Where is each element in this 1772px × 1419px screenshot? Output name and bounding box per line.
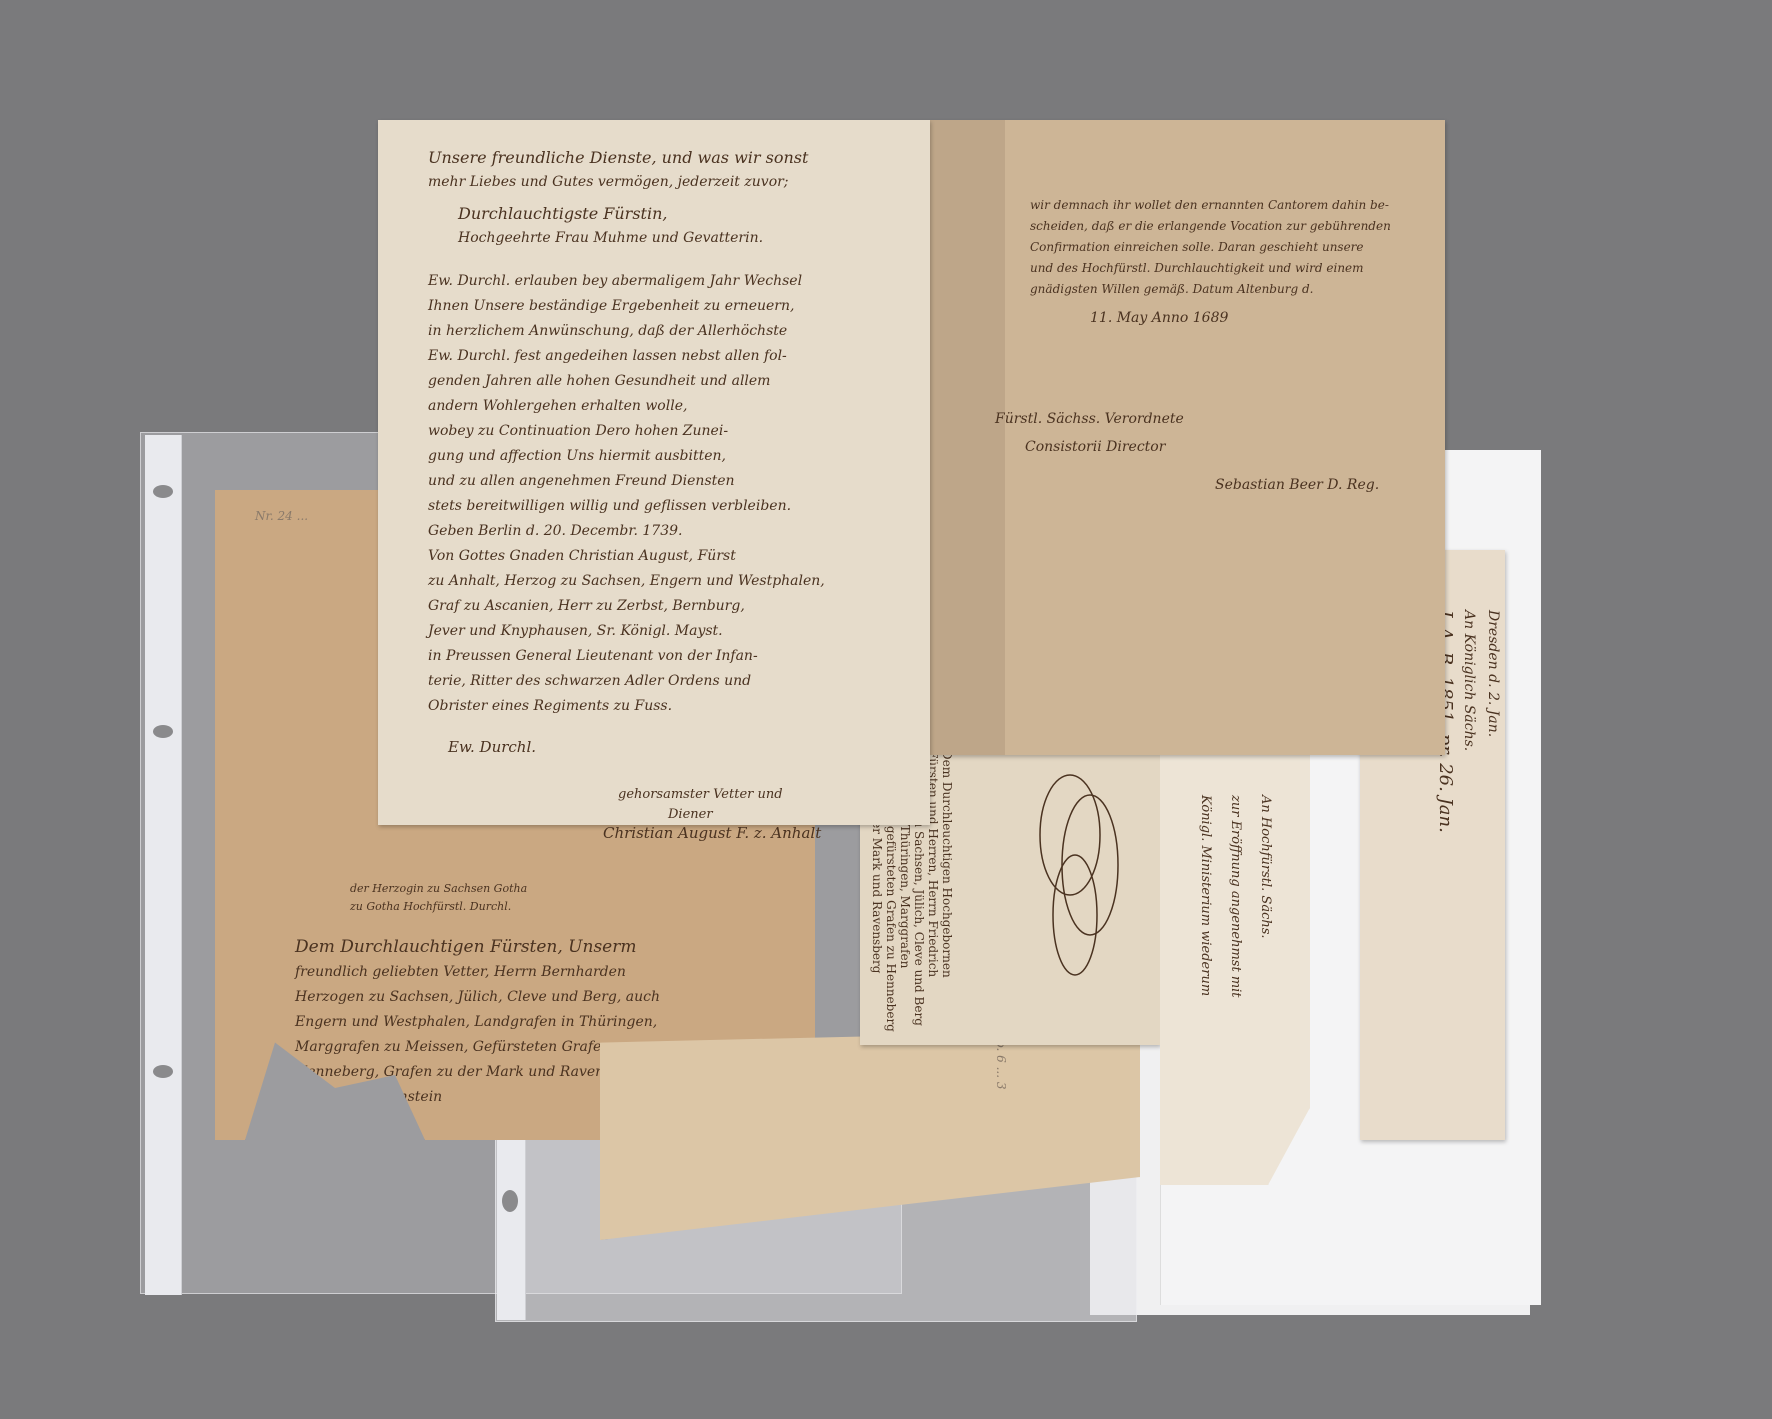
text-line: andern Wohlergehen erhalten wolle, (428, 394, 825, 419)
text-line: und des Hochfürstl. Durchlauchtigkeit un… (1030, 258, 1391, 279)
text-line: Fürstl. Sächss. Verordnete (995, 405, 1379, 433)
text-line: und zu allen angenehmen Freund Diensten (428, 469, 825, 494)
text-line: wir demnach ihr wollet den ernannten Can… (1030, 195, 1391, 216)
text-line: freundlich geliebten Vetter, Herrn Bernh… (295, 960, 660, 985)
punch-hole (153, 1065, 173, 1078)
punch-hole (153, 485, 173, 498)
text-line: Diener (618, 805, 783, 825)
text-line: Hochgeehrte Frau Muhme und Gevatterin. (428, 226, 825, 251)
sleeve-binding-strip (145, 435, 182, 1295)
document-main-letter: Unsere freundliche Dienste, und was wir … (378, 120, 930, 825)
signature: Sebastian Beer D. Reg. (995, 471, 1379, 499)
closing-signature: gehorsamster Vetter und Diener (618, 785, 783, 825)
text-line: An Königlich Sächs. (1457, 610, 1481, 833)
document-right-letter: wir demnach ihr wollet den ernannten Can… (930, 120, 1445, 755)
text-line: zu Gotha Hochfürstl. Durchl. (350, 898, 527, 916)
punch-hole (153, 725, 173, 738)
letter-text: Unsere freundliche Dienste, und was wir … (428, 145, 825, 719)
text-line: gung und affection Uns hiermit ausbitten… (428, 444, 825, 469)
text-line: terie, Ritter des schwarzen Adler Ordens… (428, 669, 825, 694)
text-line: Ew. Durchl. fest angedeihen lassen nebst… (428, 344, 825, 369)
text-line: Herzogen zu Sachsen, Jülich, Cleve und B… (295, 985, 660, 1010)
text-line: Graf zu Ascanien, Herr zu Zerbst, Bernbu… (428, 594, 825, 619)
punch-hole (502, 1190, 518, 1212)
text-line: Obrister eines Regiments zu Fuss. (428, 694, 825, 719)
note-text: An Hochfürstl. Sächs. zur Eröffnung ange… (1190, 795, 1280, 998)
calligraphic-flourish (1020, 755, 1130, 985)
text-line: Ew. Durchl. erlauben bey abermaligem Jah… (428, 269, 825, 294)
text-line: stets bereitwilligen willig und geflisse… (428, 494, 825, 519)
text-line: Königl. Ministerium wiederum (1190, 795, 1220, 998)
text-line: der Herzogin zu Sachsen Gotha (350, 880, 527, 898)
text-line: Dresden d. 2. Jan. (1481, 610, 1505, 833)
fold-shadow (930, 120, 1005, 755)
text-line: zur Eröffnung angenehmst mit (1220, 795, 1250, 998)
text-line: gehorsamster Vetter und (618, 785, 783, 805)
text-line: Dem Durchleuchtigen Hochgebornen (940, 750, 954, 1032)
text-line: Dem Durchlauchtigen Fürsten, Unserm (295, 935, 660, 960)
text-line: scheiden, daß er die erlangende Vocation… (1030, 216, 1391, 237)
closing-salutation: Ew. Durchl. (448, 740, 536, 755)
text-line: Confirmation einreichen solle. Daran ges… (1030, 237, 1391, 258)
text-line: Unsere freundliche Dienste, und was wir … (428, 145, 825, 170)
text-line: Von Gottes Gnaden Christian August, Fürs… (428, 544, 825, 569)
text-line: zu Anhalt, Herzog zu Sachsen, Engern und… (428, 569, 825, 594)
text-line: Consistorii Director (995, 433, 1379, 461)
letter-text: wir demnach ihr wollet den ernannten Can… (1030, 195, 1391, 329)
text-line: genden Jahren alle hohen Gesundheit und … (428, 369, 825, 394)
text-line: gnädigsten Willen gemäß. Datum Altenburg… (1030, 279, 1391, 300)
document-white-note-1: An Hochfürstl. Sächs. zur Eröffnung ange… (1160, 755, 1310, 1185)
text-line: wobey zu Continuation Dero hohen Zunei- (428, 419, 825, 444)
text-line: in herzlichem Anwünschung, daß der Aller… (428, 319, 825, 344)
pencil-note: Nr. 24 ... (255, 510, 308, 522)
text-line: Durchlauchtigste Fürstin, (428, 201, 825, 226)
text-line: Ihnen Unsere beständige Ergebenheit zu e… (428, 294, 825, 319)
signature: Christian August F. z. Anhalt (603, 826, 821, 841)
text-line: mehr Liebes und Gutes vermögen, jederzei… (428, 170, 825, 195)
text-line: Engern und Westphalen, Landgrafen in Thü… (295, 1010, 660, 1035)
address-fragment: der Herzogin zu Sachsen Gotha zu Gotha H… (350, 880, 527, 916)
text-line: Geben Berlin d. 20. Decembr. 1739. (428, 519, 825, 544)
text-line: Jever und Knyphausen, Sr. Königl. Mayst. (428, 619, 825, 644)
text-line: An Hochfürstl. Sächs. (1250, 795, 1280, 998)
signature-block: Fürstl. Sächss. Verordnete Consistorii D… (995, 405, 1379, 499)
text-line: in Preussen General Lieutenant von der I… (428, 644, 825, 669)
text-line: 11. May Anno 1689 (1030, 308, 1391, 329)
